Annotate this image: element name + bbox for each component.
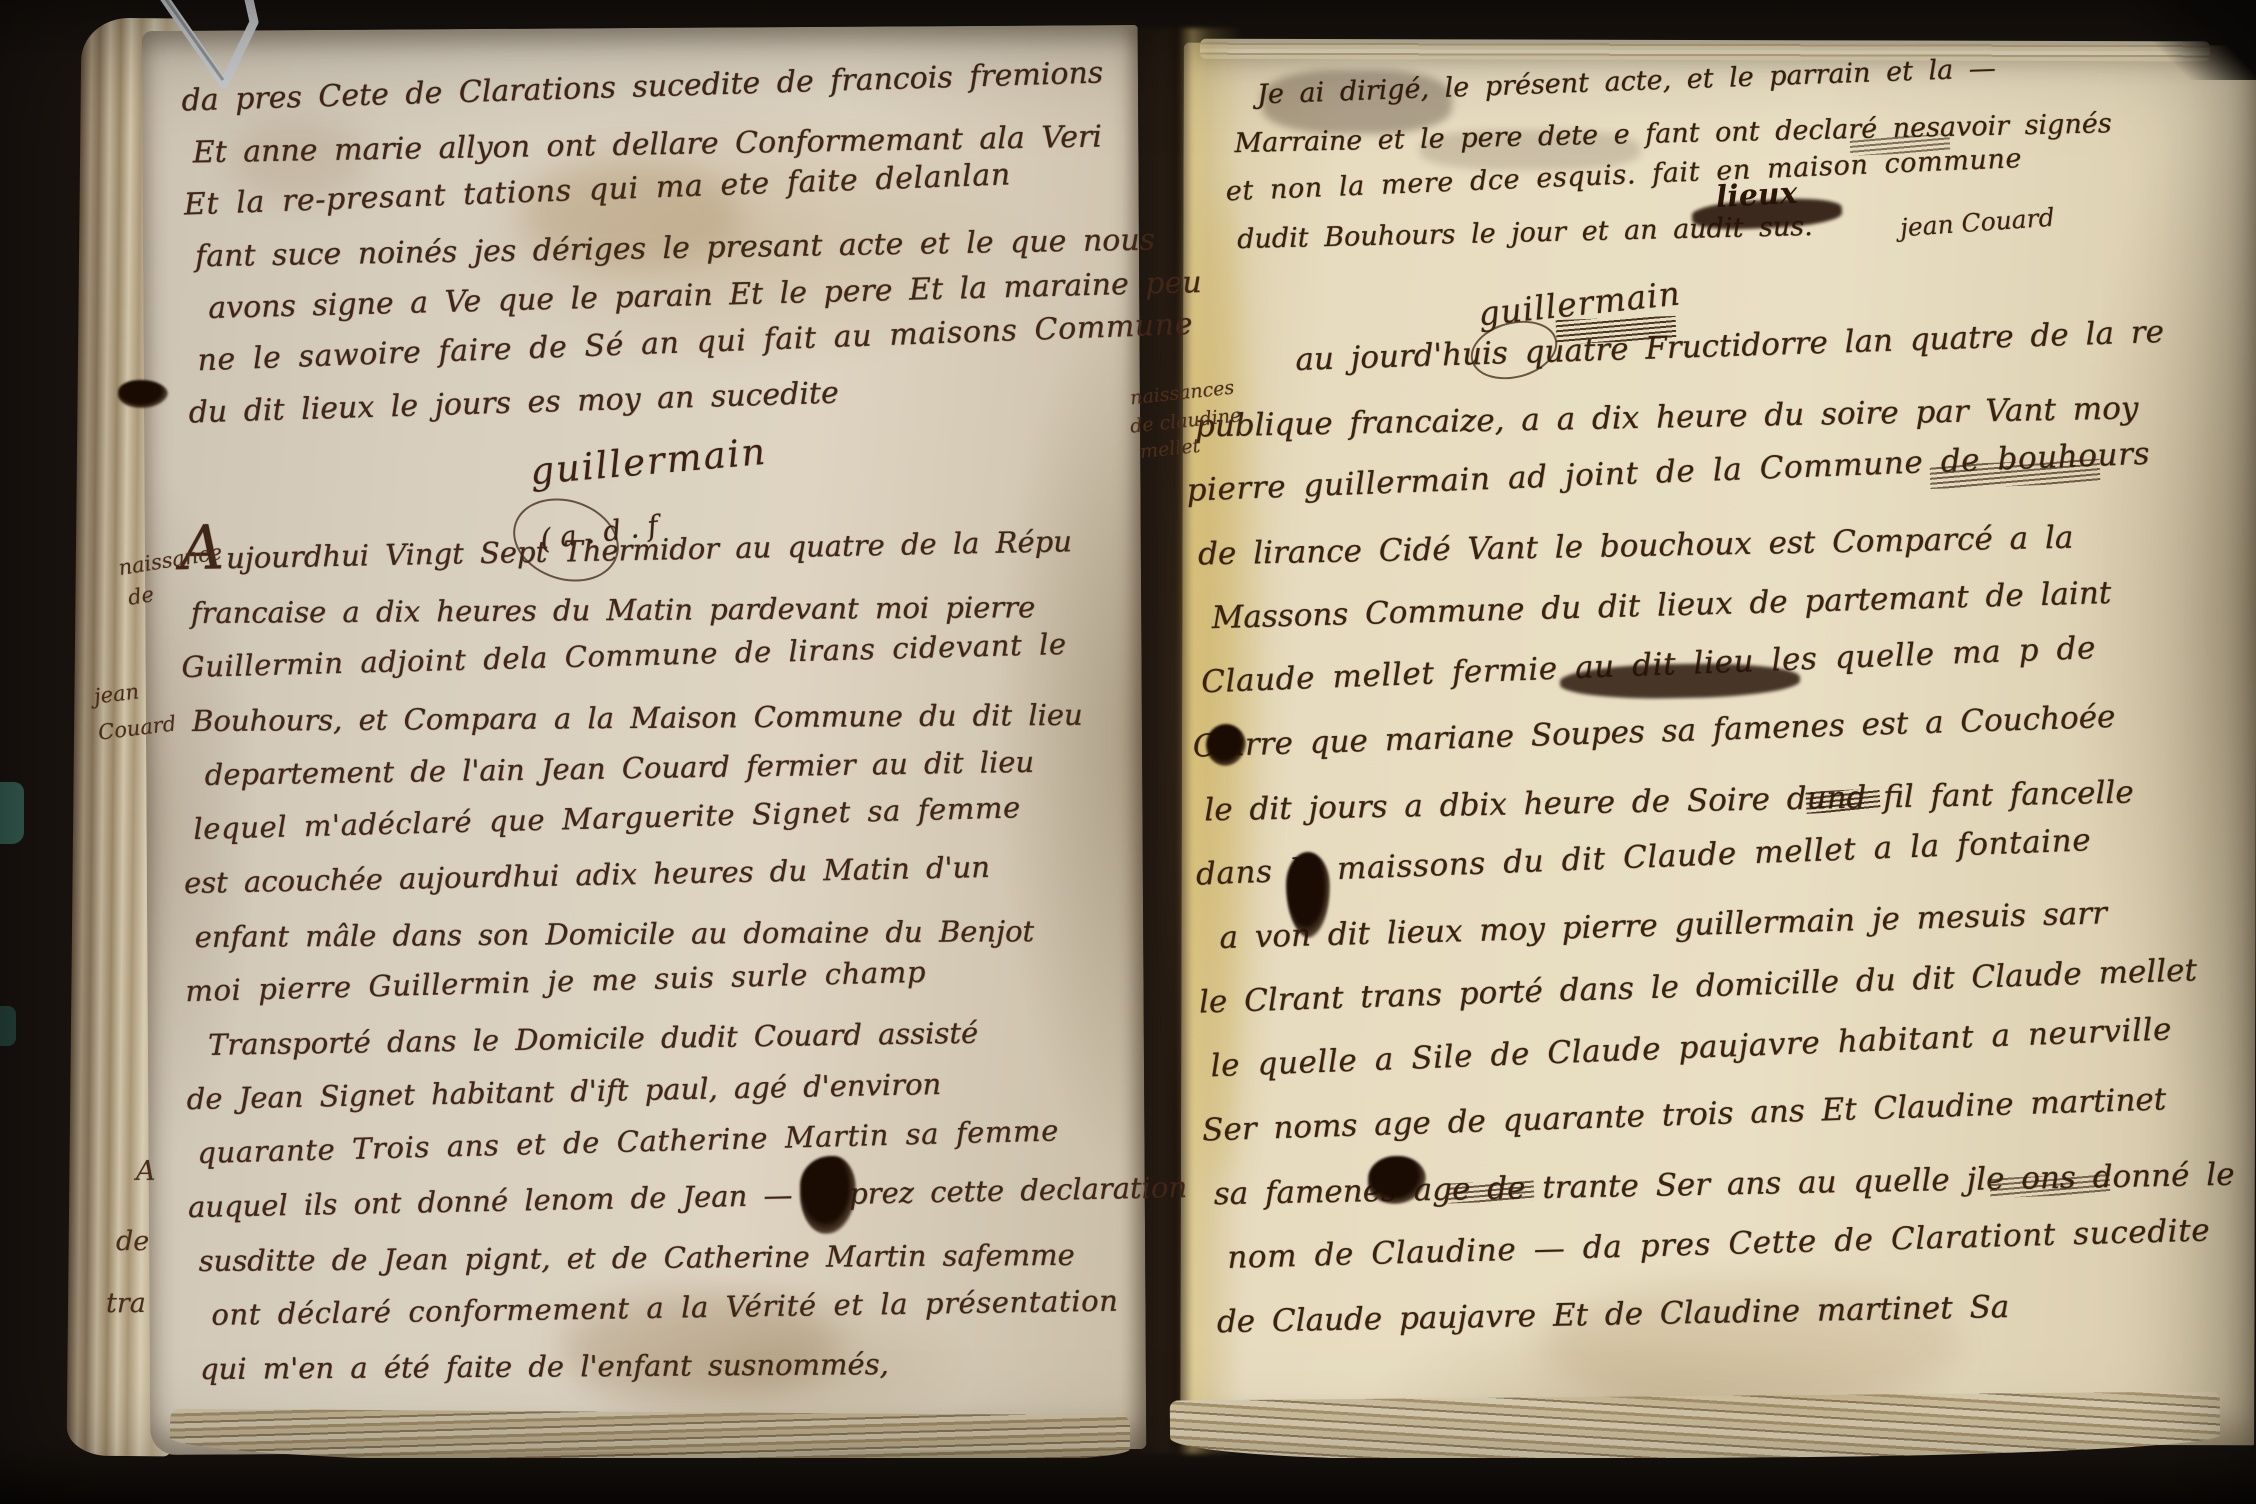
manuscript-line: qui m'en a été faite de l'enfant susnomm… <box>200 1335 1190 1396</box>
left-entry-closing-paragraph: da pres Cete de Clarations sucedite de f… <box>181 53 1205 440</box>
book-cover-bottom <box>0 1458 2256 1504</box>
left-entry-birth-record-jean: Aujourdhui Vingt Sept Thermidor au quatr… <box>180 516 1190 1396</box>
strikethrough <box>1556 316 1677 344</box>
cover-edge-accent <box>0 782 24 844</box>
book-cover-corner <box>2126 0 2256 80</box>
strikethrough <box>1850 134 1951 155</box>
strikethrough <box>1990 1174 2111 1198</box>
ink-smudge <box>1262 70 1452 134</box>
register-book-photo: da pres Cete de Clarations sucedite de f… <box>0 0 2256 1504</box>
margin-fragment: tra <box>106 1288 146 1319</box>
strikethrough <box>1448 1181 1535 1204</box>
margin-fragment: de <box>116 1226 149 1257</box>
cover-edge-accent <box>0 1006 16 1046</box>
ink-blot <box>1206 724 1246 766</box>
margin-fragment: A <box>136 1156 156 1187</box>
ink-smudge <box>1420 130 1640 170</box>
strikethrough <box>1805 788 1880 814</box>
margin-note: de <box>126 582 155 610</box>
ink-blot <box>118 380 168 408</box>
